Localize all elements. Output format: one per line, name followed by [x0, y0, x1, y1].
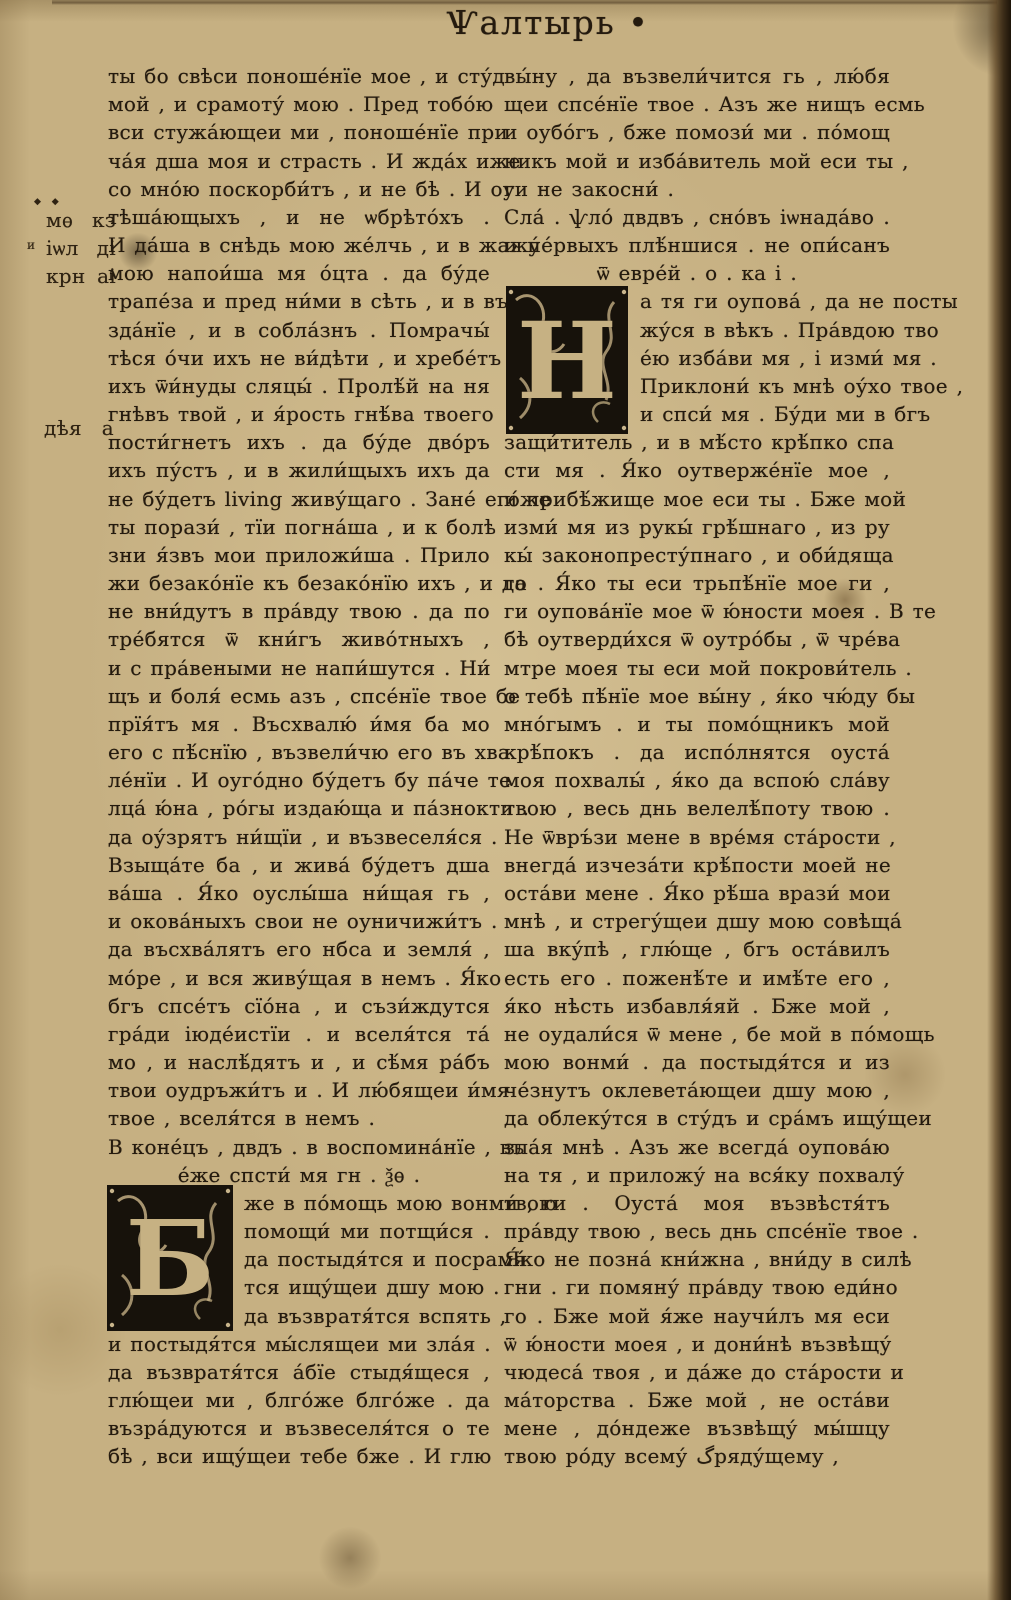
text-line: зда́нїе , и в собла́знъ . Помрачы́ — [108, 316, 490, 344]
text-line: глю́щеи ми , блго́же блго́же . да — [108, 1386, 490, 1414]
text-line: зла́я мнѣ . Азъ же всегда́ оупова́ю — [504, 1133, 890, 1161]
left-text-column: Б ты бо свѣси поноше́нїе мое , и сту́дмо… — [108, 62, 490, 1471]
text-line: твои оудръжи́тъ и . И лю́бящеи и́мя — [108, 1076, 490, 1104]
margin-note-reference: дѣя а — [44, 414, 114, 442]
text-line: Сла́ . ѱло́ двдвъ , сно́въ іѡнада́во . — [504, 203, 890, 231]
text-line: жи безако́нїе къ безако́нїю ихъ , и да — [108, 569, 490, 597]
text-line: не вни́дутъ в пра́вду твою . да по — [108, 597, 490, 625]
text-line: на тя , и приложу́ на вся́ку похвалу́ — [504, 1161, 890, 1189]
text-line: тѣся о́чи ихъ не ви́дѣти , и хребе́тъ — [108, 344, 490, 372]
text-line: го . Я́ко ты еси трьпѣ́нїе мое ги , — [504, 569, 890, 597]
text-line: го . Бже мой я́же научи́лъ мя еси — [504, 1302, 890, 1330]
text-line: мене , до́ндеже възвѣщу́ мы́шцу — [504, 1414, 890, 1442]
text-line: и оубо́гъ , бже помози́ ми . по́мощ — [504, 118, 890, 146]
text-line: да въсхва́лятъ его нбса и земля́ , — [108, 935, 490, 963]
text-line: да облеку́тся в сту́дъ и сра́мъ ищу́щеи — [504, 1104, 890, 1132]
text-line: мно́гымъ . и ты помо́щникъ мой — [504, 710, 890, 738]
text-line: о тебѣ пѣ́нїе мое вы́ну , я́ко чю́ду бы — [504, 682, 890, 710]
text-line: мою напои́ша мя о́цта . да бу́де — [108, 259, 490, 287]
text-line: мою вонми́ . да постыдя́тся и из — [504, 1048, 890, 1076]
text-line: пости́гнетъ ихъ . да бу́де дво́ръ — [108, 428, 490, 456]
text-line: бгъ спсе́тъ сїо́на , и съзи́ждутся — [108, 992, 490, 1020]
text-line: ги оупова́нїе мое ѿ ю́ности моея . В те — [504, 597, 890, 625]
text-line: вси стужа́ющеи ми , поноше́нїе при — [108, 118, 490, 146]
text-line: со мно́ю поскорби́тъ , и не бѣ . И оу — [108, 175, 490, 203]
text-line: мѳ кз — [46, 206, 116, 234]
text-line: и спси́ мя . Бу́ди ми в бгъ — [640, 400, 890, 428]
text-line: изми́ мя из рукы́ грѣ́шнаго , из ру — [504, 513, 890, 541]
text-line: ты порази́ , тїи погна́ша , и к болѣ — [108, 513, 490, 541]
text-line: мой , и срамоту́ мою . Пред тобо́ю — [108, 90, 490, 118]
text-line: я́ко нѣсть избавля́яй . Бже мой , — [504, 992, 890, 1020]
text-line: крѣ́покъ . да испо́лнятся оуста́ — [504, 738, 890, 766]
text-line: оста́ви мене . Я́ко рѣ́ша врази́ мои — [504, 879, 890, 907]
text-line: да възвратя́тся вспять , — [244, 1302, 490, 1330]
text-line: зни я́звъ мои приложи́ша . Прило — [108, 541, 490, 569]
text-line: твою ро́ду всему́ گряду́щему , — [504, 1442, 890, 1470]
text-line: ихъ пу́стъ , и в жили́щыхъ ихъ да — [108, 456, 490, 484]
text-line: есть его . поженѣ́те и имѣ́те его , — [504, 964, 890, 992]
text-line: никъ мой и изба́витель мой еси ты , — [504, 147, 890, 175]
text-line: твою . Оуста́ моя възвѣстя́тъ — [504, 1189, 890, 1217]
ornate-initial-letter-n: Н — [504, 284, 632, 436]
text-line: чюдеса́ твоя , и да́же до ста́рости и — [504, 1358, 890, 1386]
text-line: его с пѣ́снїю , възвели́чю его въ хва — [108, 738, 490, 766]
text-line: В коне́цъ , двдъ . в воспомина́нїе , въ — [108, 1133, 490, 1161]
text-line: гни . ги помяну́ пра́вду твою еди́но — [504, 1273, 890, 1301]
text-line: не оудали́ся ѿ мене , бе мой в по́мощь — [504, 1020, 890, 1048]
text-line: тѣша́ющыхъ , и не ѡбрѣто́хъ . — [108, 203, 490, 231]
text-line: сти мя . Я́ко оутверже́нїе мое , — [504, 456, 890, 484]
text-line: и окова́ныхъ свои не оуничижи́тъ . — [108, 907, 490, 935]
text-line: щъ и боля́ есмь азъ , спсе́нїе твое бе — [108, 682, 490, 710]
text-line: и постыдя́тся мы́слящеи ми зла́я . — [108, 1330, 490, 1358]
text-line: лца́ ю́на , ро́гы издаю́ща и па́знокти . — [108, 794, 490, 822]
text-line: тре́бятся ѿ кни́гъ живо́тныхъ , — [108, 625, 490, 653]
text-line: мнѣ , и стрегу́щеи дшу мою совѣща́ — [504, 907, 890, 935]
initial-letter-glyph: Б — [126, 1197, 215, 1320]
text-line: възра́дуются и възвеселя́тся о те — [108, 1414, 490, 1442]
text-line: Я́ко не позна́ кни́жна , вни́ду в силѣ — [504, 1245, 890, 1273]
text-line: щеи спсе́нїе твое . Азъ же нищъ есмь — [504, 90, 890, 118]
text-line: Не ѿвръ́зи мене в вре́мя ста́рости , — [504, 823, 890, 851]
text-line: мо́ре , и вся живу́щая в немъ . Я́ко — [108, 964, 490, 992]
text-line: крн аі — [46, 262, 116, 290]
text-line: твое , вселя́тся в немъ . — [108, 1104, 490, 1132]
text-line: ѿ ю́ности моея , и дони́нѣ възвѣщу́ — [504, 1330, 890, 1358]
text-line: ты бо свѣси поноше́нїе мое , и сту́д — [108, 62, 490, 90]
text-line: че́знутъ оклевета́ющеи дшу мою , — [504, 1076, 890, 1104]
text-line: и пе́рвыхъ плѣ́ншися . не опи́санъ — [504, 231, 890, 259]
text-line: ги не закосни́ . — [504, 175, 890, 203]
text-line: трапе́за и пред ни́ми в сѣть , и в въ — [108, 287, 490, 315]
text-line: бѣ оутверди́хся ѿ оутро́бы , ѿ чре́ва — [504, 625, 890, 653]
text-line: бѣ , вси ищу́щеи тебе бже . И глю — [108, 1442, 490, 1470]
text-line: ма́торства . Бже мой , не оста́ви — [504, 1386, 890, 1414]
text-line: мо , и наслѣ́дятъ и , и сѣ́мя ра́бъ — [108, 1048, 490, 1076]
page-right-edge — [987, 0, 1011, 1600]
text-line: не бу́детъ living живу́щаго . Зане́ его́… — [108, 485, 490, 513]
text-line: внегда́ изчеза́ти крѣ́пости моей не — [504, 851, 890, 879]
text-line: же в по́мощь мою вонми́ , ги — [244, 1189, 490, 1217]
text-line: вы́ну , да възвели́чится гь , лю́бя — [504, 62, 890, 90]
text-line: помощи́ ми потщи́ся . — [244, 1217, 490, 1245]
text-line: мтре моея ты еси мой покрови́тель . — [504, 654, 890, 682]
text-line: да постыдя́тся и посрамя́ — [244, 1245, 490, 1273]
text-line: ихъ ѿи́нуды сляцы́ . Пролѣ́й на ня — [108, 372, 490, 400]
ornate-initial-letter-b: Б — [104, 1183, 236, 1333]
text-line: Взыща́те ба , и жива́ бу́детъ дша — [108, 851, 490, 879]
text-line: дѣя а — [44, 414, 114, 442]
text-line: е́ю изба́ви мя , і изми́ мя . — [640, 344, 890, 372]
margin-stray-letter: и — [27, 233, 36, 258]
text-line: іѡл ді — [46, 234, 116, 262]
text-line: Приклони́ къ мнѣ оу́хо твое , — [640, 372, 890, 400]
text-line: пра́вду твою , весь днь спсе́нїе твое . — [504, 1217, 890, 1245]
text-line: гра́ди іюде́истїи . и вселя́тся та́ — [108, 1020, 490, 1048]
text-line: тся ищу́щеи дшу мою . — [244, 1273, 490, 1301]
right-text-column: Н вы́ну , да възвели́чится гь , лю́бящеи… — [504, 62, 890, 1471]
psalter-page: Ѱалтырь • ◆ ◆ и мѳ кзіѡл дікрн аі дѣя а … — [0, 0, 1011, 1600]
text-line: ча́я дша моя и страсть . И жда́х иже — [108, 147, 490, 175]
running-title: Ѱалтырь • — [368, 3, 728, 42]
text-line: ша вку́пѣ , глю́ще , бгъ оста́вилъ — [504, 935, 890, 963]
text-line: ле́нїи . И оуго́дно бу́детъ бу па́че те — [108, 766, 490, 794]
text-line: ва́ша . Я́ко оуслы́ша ни́щая гь , — [108, 879, 490, 907]
text-line: твою , весь днь велелѣ́поту твою . — [504, 794, 890, 822]
text-line: моя похвалы́ , я́ко да вспою́ сла́ву — [504, 766, 890, 794]
text-line: а тя ги оупова́ , да не посты — [640, 287, 890, 315]
text-line: гнѣвъ твой , и я́рость гнѣ́ва твоего — [108, 400, 490, 428]
text-line: да възвратя́тся а́бїе стыдя́щеся , — [108, 1358, 490, 1386]
text-line: жу́ся в вѣкъ . Пра́вдою тво — [640, 316, 890, 344]
text-line: и с пра́веными не напи́шутся . Ни́ — [108, 654, 490, 682]
text-line: И да́ша в снѣдь мою же́лчь , и в жажу́ — [108, 231, 490, 259]
initial-letter-glyph: Н — [517, 298, 617, 423]
text-line: и прибѣ́жище мое еси ты . Бже мой — [504, 485, 890, 513]
text-line: кы́ законопресту́пнаго , и оби́дяща — [504, 541, 890, 569]
margin-note-references: мѳ кзіѡл дікрн аі — [46, 206, 116, 291]
text-line: прїя́тъ мя . Въсхвалю́ и́мя ба мо — [108, 710, 490, 738]
text-line: да оу́зрятъ ни́щїи , и възвеселя́ся . — [108, 823, 490, 851]
